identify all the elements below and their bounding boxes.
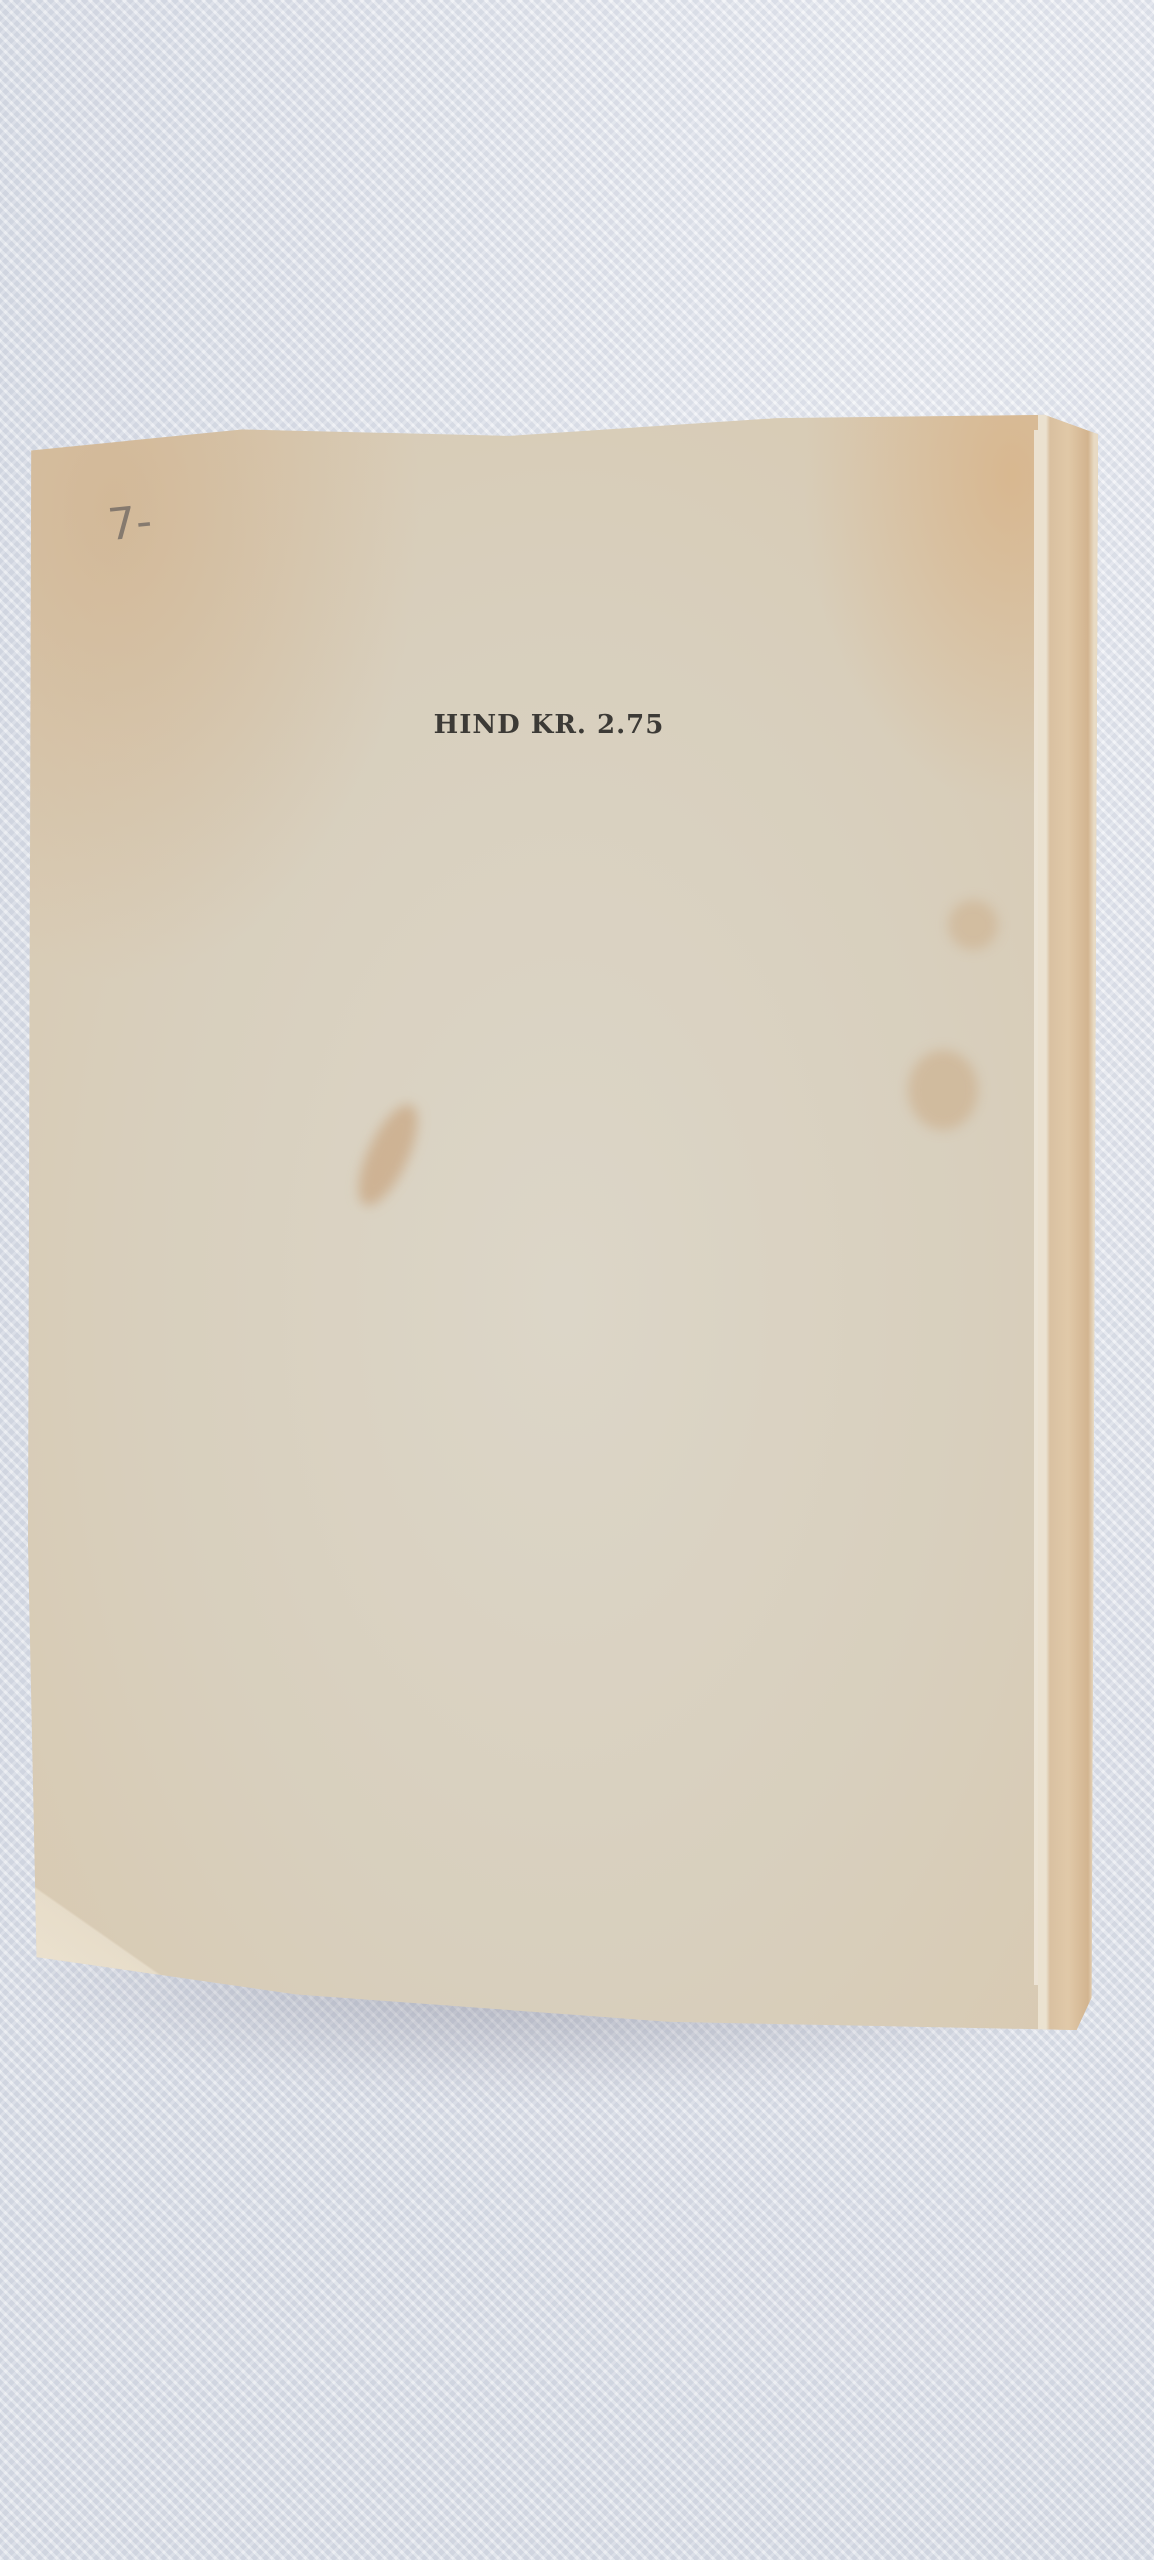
stain bbox=[908, 1050, 978, 1130]
stain bbox=[948, 900, 998, 950]
book-back-cover: 7- HIND KR. 2.75 bbox=[28, 410, 1098, 2030]
book-spine bbox=[1038, 410, 1098, 2030]
price-label: HIND KR. 2.75 bbox=[14, 710, 1084, 740]
pencil-mark: 7- bbox=[105, 496, 154, 551]
stain bbox=[347, 1097, 430, 1214]
